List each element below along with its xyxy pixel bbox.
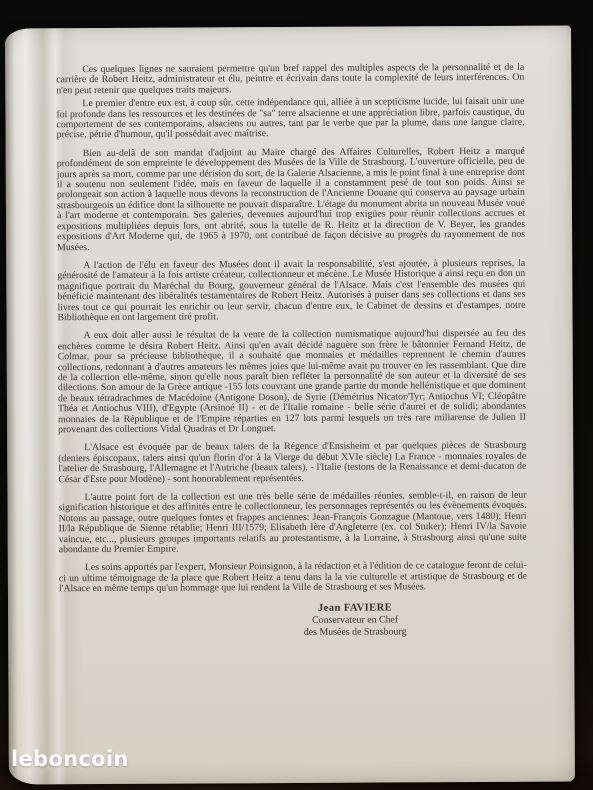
signature-role-line2: des Musées de Strasbourg	[237, 626, 473, 640]
signature-block: Jean FAVIERE Conservateur en Chef des Mu…	[237, 601, 473, 640]
page-text: Ces quelques lignes ne sauraient permett…	[56, 63, 527, 641]
paragraph-2: Le premier d'entre eux est, à coup sûr, …	[56, 97, 524, 141]
signature-role-line1: Conservateur en Chef	[237, 614, 473, 628]
paragraph-1: Ces quelques lignes ne sauraient permett…	[56, 63, 524, 97]
book-page: Ces quelques lignes ne sauraient permett…	[5, 26, 575, 785]
signature-name: Jean FAVIERE	[237, 601, 473, 615]
paragraph-3: Bien au-delà de son mandat d'adjoint au …	[57, 147, 526, 254]
paragraph-4: A l'action de l'élu en faveur des Musées…	[57, 259, 525, 324]
listing-photo: Ces quelques lignes ne sauraient permett…	[0, 0, 593, 790]
paragraph-7: L'autre point fort de la collection est …	[58, 491, 526, 556]
paragraph-5: A eux doit aller aussi le résultat de la…	[58, 329, 527, 436]
leboncoin-watermark: leboncoin	[11, 749, 129, 770]
paragraph-6: L'Alsace est évoquée par de beaux talers…	[58, 441, 526, 485]
paragraph-8: Les soins apportés par l'expert, Monsieu…	[59, 561, 527, 595]
